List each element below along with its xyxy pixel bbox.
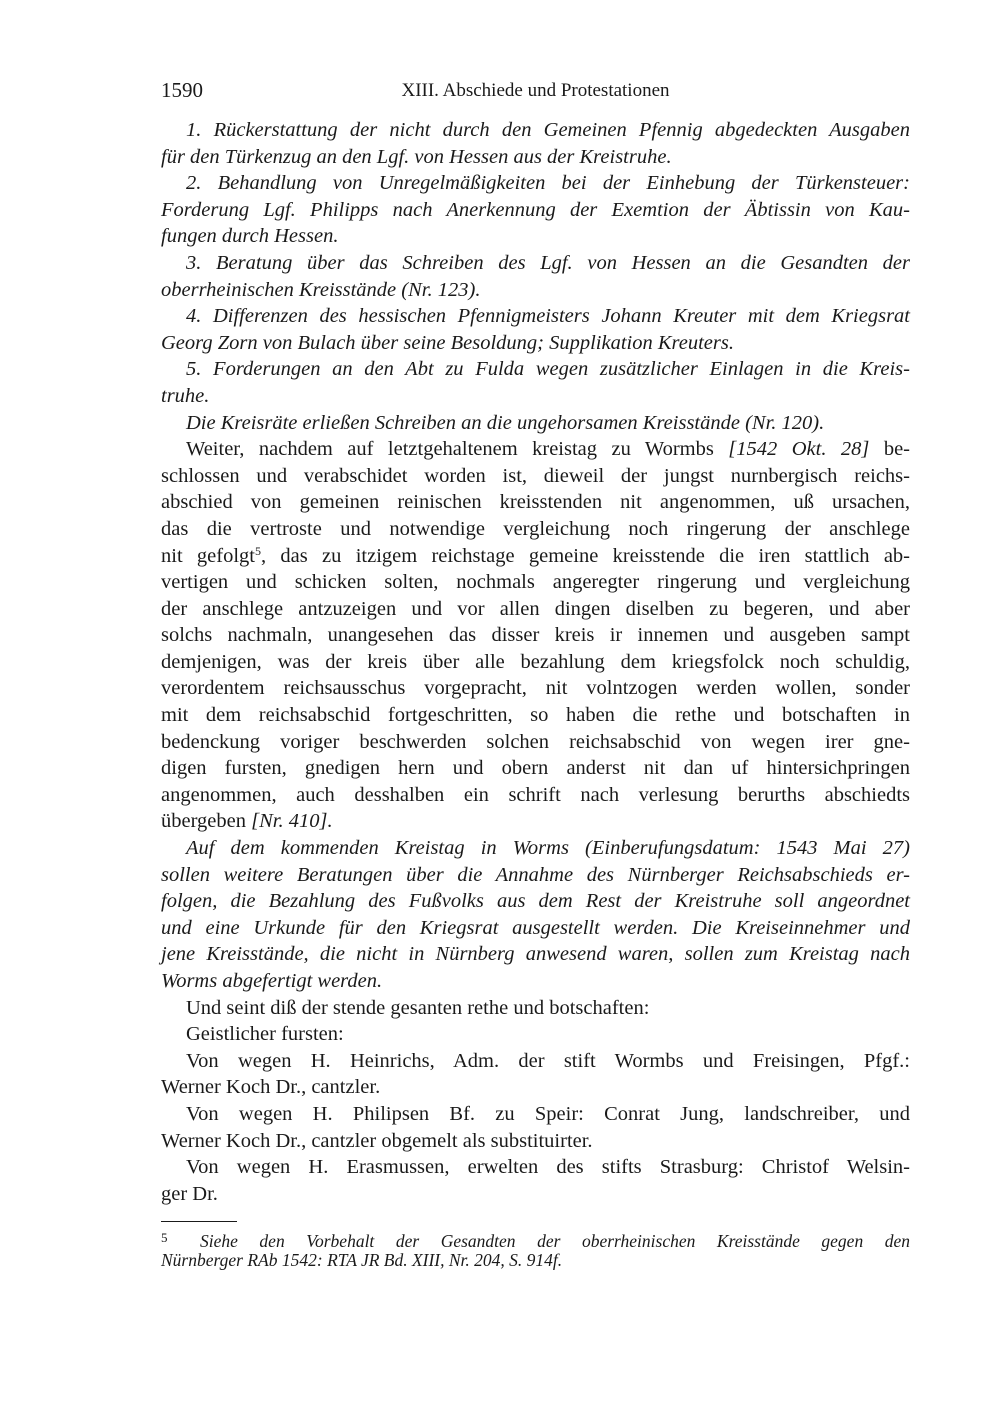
page-header: 1590 XIII. Abschiede und Protestationen bbox=[161, 78, 910, 106]
text-line: der anschlege antzuzeigen und vor allen … bbox=[161, 596, 910, 623]
text-line: verordentem reichsausschus vorgepracht, … bbox=[161, 675, 910, 702]
text-line: übergeben [Nr. 410]. bbox=[161, 808, 910, 835]
text-line: 5. Forderungen an den Abt zu Fulda wegen… bbox=[161, 356, 910, 383]
text-line: Auf dem kommenden Kreistag in Worms (Ein… bbox=[161, 835, 910, 862]
text-line: angenommen, auch desshalben ein schrift … bbox=[161, 782, 910, 809]
summary-paragraph: 4. Differenzen des hessischen Pfennigmei… bbox=[161, 303, 910, 356]
summary-paragraph: 2. Behandlung von Unregelmäßigkeiten bei… bbox=[161, 170, 910, 250]
summary-paragraph: 5. Forderungen an den Abt zu Fulda wegen… bbox=[161, 356, 910, 409]
text-line: abschied von gemeinen reinischen kreisst… bbox=[161, 489, 910, 516]
text-line: für den Türkenzug an den Lgf. von Hessen… bbox=[161, 144, 910, 171]
text-line: vertigen und schicken solten, nochmals a… bbox=[161, 569, 910, 596]
text-line: oberrheinischen Kreisstände (Nr. 123). bbox=[161, 277, 910, 304]
text-line: solchs nachmaln, unangesehen das disser … bbox=[161, 622, 910, 649]
source-paragraph: Weiter, nachdem auf letztgehaltenem krei… bbox=[161, 436, 910, 835]
editorial-annotation: [1542 Okt. 28] bbox=[728, 438, 869, 460]
summary-paragraph: 1. Rückerstattung der nicht durch den Ge… bbox=[161, 117, 910, 170]
text-line: Geistlicher fursten: bbox=[161, 1021, 910, 1048]
source-paragraph: Von wegen H. Erasmussen, erwelten des st… bbox=[161, 1154, 910, 1207]
text-line: Weiter, nachdem auf letztgehaltenem krei… bbox=[161, 436, 910, 463]
main-text: 1. Rückerstattung der nicht durch den Ge… bbox=[161, 117, 910, 1207]
text-line: 3. Beratung über das Schreiben des Lgf. … bbox=[161, 250, 910, 277]
text-run: Weiter, nachdem auf letztgehaltenem krei… bbox=[186, 438, 728, 460]
text-line: fungen durch Hessen. bbox=[161, 223, 910, 250]
text-run: nit gefolgt bbox=[161, 545, 255, 567]
source-paragraph: Und seint diß der stende gesanten rethe … bbox=[161, 995, 910, 1022]
text-line: Und seint diß der stende gesanten rethe … bbox=[161, 995, 910, 1022]
text-line: Georg Zorn von Bulach über seine Besoldu… bbox=[161, 330, 910, 357]
text-line: das die vertroste und notwendige verglei… bbox=[161, 516, 910, 543]
source-paragraph: Von wegen H. Philipsen Bf. zu Speir: Con… bbox=[161, 1101, 910, 1154]
text-line: Werner Koch Dr., cantzler. bbox=[161, 1074, 910, 1101]
text-line: Worms abgefertigt werden. bbox=[161, 968, 910, 995]
text-line: demjenigen, was der kreis über alle beza… bbox=[161, 649, 910, 676]
text-line: folgen, die Bezahlung des Fußvolks aus d… bbox=[161, 888, 910, 915]
source-paragraph: Von wegen H. Heinrichs, Adm. der stift W… bbox=[161, 1048, 910, 1101]
text-line: digen fursten, gnedigen hern und obern a… bbox=[161, 755, 910, 782]
footnote-separator bbox=[161, 1221, 237, 1222]
source-paragraph: Geistlicher fursten: bbox=[161, 1021, 910, 1048]
footnote-number: 5 bbox=[161, 1226, 200, 1249]
text-line: Von wegen H. Philipsen Bf. zu Speir: Con… bbox=[161, 1101, 910, 1128]
text-run: be- bbox=[869, 438, 910, 460]
text-line: schlossen und verabschidet worden ist, d… bbox=[161, 463, 910, 490]
text-line: Forderung Lgf. Philipps nach Anerkennung… bbox=[161, 197, 910, 224]
text-line: 2. Behandlung von Unregelmäßigkeiten bei… bbox=[161, 170, 910, 197]
editorial-annotation: [Nr. 410]. bbox=[251, 810, 332, 832]
footnote: 5Siehe den Vorbehalt der Gesandten der o… bbox=[161, 1226, 910, 1272]
footnote-line: Nürnberger RAb 1542: RTA JR Bd. XIII, Nr… bbox=[161, 1249, 910, 1272]
text-line: und eine Urkunde für den Kriegsrat ausge… bbox=[161, 915, 910, 942]
text-line: mit dem reichsabschid fortgeschritten, s… bbox=[161, 702, 910, 729]
text-run: , das zu itzigem reichstage gemeine krei… bbox=[261, 545, 910, 567]
text-line: jene Kreisstände, die nicht in Nürnberg … bbox=[161, 941, 910, 968]
text-line: Von wegen H. Erasmussen, erwelten des st… bbox=[161, 1154, 910, 1181]
text-line: bedenckung voriger beschwerden solchen r… bbox=[161, 729, 910, 756]
summary-paragraph: Die Kreisräte erließen Schreiben an die … bbox=[161, 410, 910, 437]
text-line: sollen weitere Beratungen über die Annah… bbox=[161, 862, 910, 889]
text-line: Die Kreisräte erließen Schreiben an die … bbox=[161, 410, 910, 437]
running-head: XIII. Abschiede und Protestationen bbox=[161, 80, 910, 102]
summary-paragraph: Auf dem kommenden Kreistag in Worms (Ein… bbox=[161, 835, 910, 995]
text-line: truhe. bbox=[161, 383, 910, 410]
text-line: ger Dr. bbox=[161, 1181, 910, 1208]
text-run: übergeben bbox=[161, 810, 251, 832]
footnote-line: 5Siehe den Vorbehalt der Gesandten der o… bbox=[161, 1226, 910, 1249]
footnotes: 5Siehe den Vorbehalt der Gesandten der o… bbox=[161, 1226, 910, 1272]
document-page: 1590 XIII. Abschiede und Protestationen … bbox=[161, 78, 910, 1272]
text-line: Werner Koch Dr., cantzler obgemelt als s… bbox=[161, 1128, 910, 1155]
summary-paragraph: 3. Beratung über das Schreiben des Lgf. … bbox=[161, 250, 910, 303]
text-line: 1. Rückerstattung der nicht durch den Ge… bbox=[161, 117, 910, 144]
text-line: nit gefolgt5, das zu itzigem reichstage … bbox=[161, 543, 910, 570]
text-line: 4. Differenzen des hessischen Pfennigmei… bbox=[161, 303, 910, 330]
text-line: Von wegen H. Heinrichs, Adm. der stift W… bbox=[161, 1048, 910, 1075]
footnote-text: Siehe den Vorbehalt der Gesandten der ob… bbox=[200, 1231, 910, 1251]
